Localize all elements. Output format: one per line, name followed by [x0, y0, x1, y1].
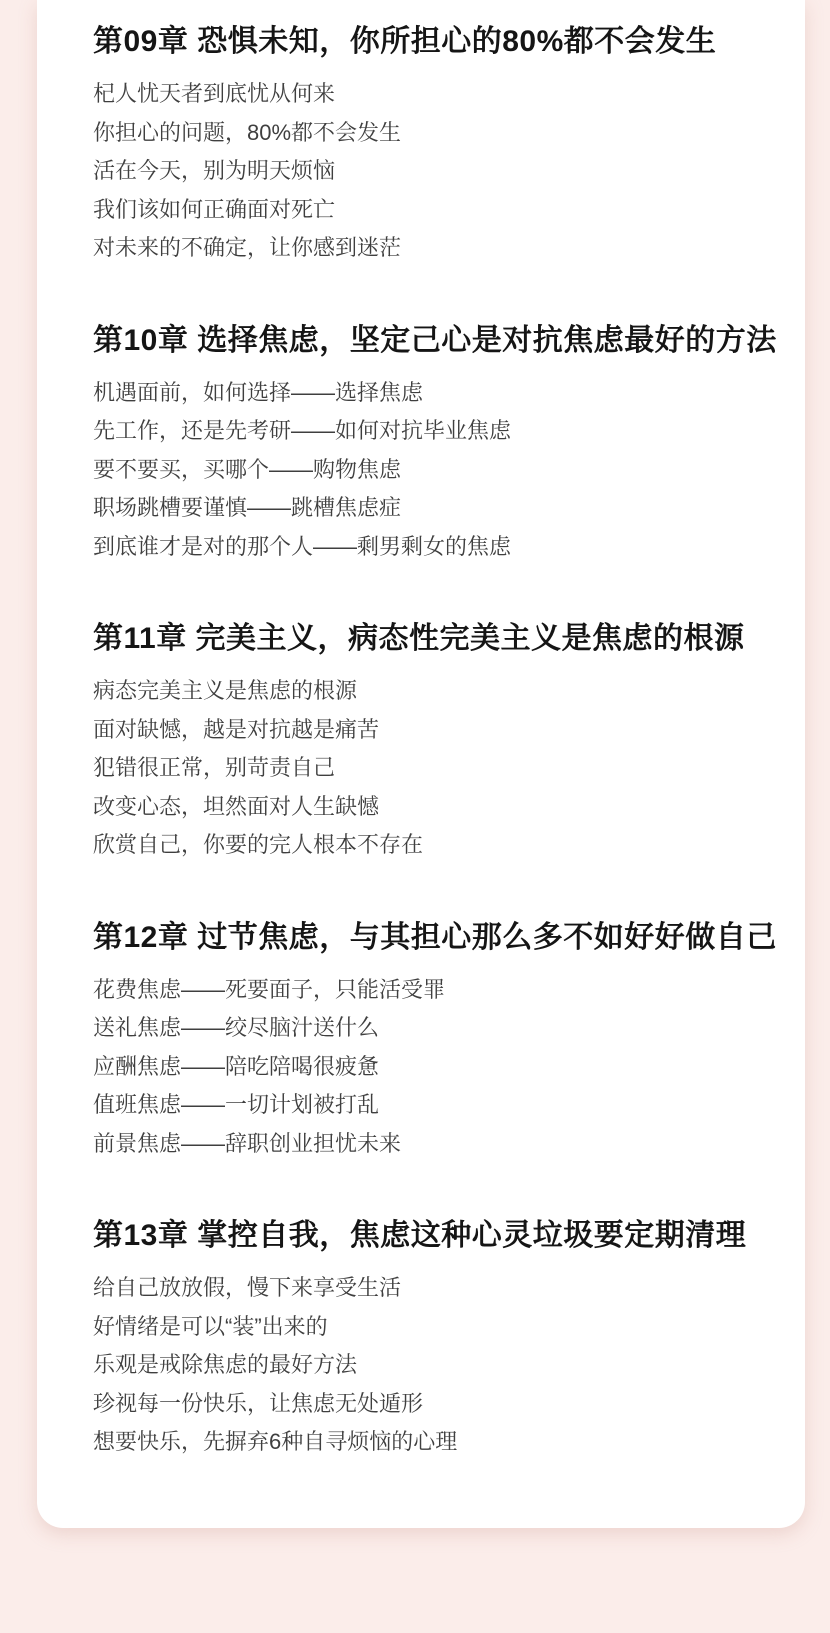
toc-item: 面对缺憾，越是对抗越是痛苦	[93, 711, 749, 750]
toc-item: 对未来的不确定，让你感到迷茫	[93, 229, 749, 268]
chapter-section-10: 第10章 选择焦虑，坚定己心是对抗焦虑最好的方法 机遇面前，如何选择——选择焦虑…	[93, 324, 749, 567]
toc-item: 杞人忧天者到底忧从何来	[93, 75, 749, 114]
toc-item: 欣赏自己，你要的完人根本不存在	[93, 826, 749, 865]
toc-item: 要不要买，买哪个——购物焦虑	[93, 451, 749, 490]
toc-item: 好情绪是可以“装”出来的	[93, 1308, 749, 1347]
toc-item: 送礼焦虑——绞尽脑汁送什么	[93, 1009, 749, 1048]
toc-card: 第09章 恐惧未知，你所担心的80%都不会发生 杞人忧天者到底忧从何来 你担心的…	[37, 0, 805, 1528]
chapter-section-13: 第13章 掌控自我，焦虑这种心灵垃圾要定期清理 给自己放放假，慢下来享受生活 好…	[93, 1219, 749, 1462]
chapter-section-09: 第09章 恐惧未知，你所担心的80%都不会发生 杞人忧天者到底忧从何来 你担心的…	[93, 25, 749, 268]
chapter-item-list: 杞人忧天者到底忧从何来 你担心的问题，80%都不会发生 活在今天，别为明天烦恼 …	[93, 75, 749, 268]
toc-item: 犯错很正常，别苛责自己	[93, 749, 749, 788]
toc-item: 珍视每一份快乐，让焦虑无处遁形	[93, 1385, 749, 1424]
book-detail-page: 第09章 恐惧未知，你所担心的80%都不会发生 杞人忧天者到底忧从何来 你担心的…	[0, 0, 830, 1633]
toc-item: 值班焦虑——一切计划被打乱	[93, 1086, 749, 1125]
toc-item: 应酬焦虑——陪吃陪喝很疲惫	[93, 1048, 749, 1087]
chapter-heading: 第10章 选择焦虑，坚定己心是对抗焦虑最好的方法	[93, 324, 749, 357]
chapter-item-list: 给自己放放假，慢下来享受生活 好情绪是可以“装”出来的 乐观是戒除焦虑的最好方法…	[93, 1269, 749, 1462]
toc-item: 活在今天，别为明天烦恼	[93, 152, 749, 191]
toc-item: 前景焦虑——辞职创业担忧未来	[93, 1125, 749, 1164]
chapter-heading: 第13章 掌控自我，焦虑这种心灵垃圾要定期清理	[93, 1219, 749, 1252]
toc-item: 我们该如何正确面对死亡	[93, 191, 749, 230]
toc-item: 改变心态，坦然面对人生缺憾	[93, 788, 749, 827]
toc-item: 到底谁才是对的那个人——剩男剩女的焦虑	[93, 528, 749, 567]
toc-item: 机遇面前，如何选择——选择焦虑	[93, 374, 749, 413]
toc-item: 先工作，还是先考研——如何对抗毕业焦虑	[93, 412, 749, 451]
toc-item: 乐观是戒除焦虑的最好方法	[93, 1346, 749, 1385]
chapter-item-list: 花费焦虑——死要面子，只能活受罪 送礼焦虑——绞尽脑汁送什么 应酬焦虑——陪吃陪…	[93, 971, 749, 1164]
toc-item: 你担心的问题，80%都不会发生	[93, 114, 749, 153]
toc-item: 花费焦虑——死要面子，只能活受罪	[93, 971, 749, 1010]
toc-item: 职场跳槽要谨慎——跳槽焦虑症	[93, 489, 749, 528]
chapter-section-11: 第11章 完美主义，病态性完美主义是焦虑的根源 病态完美主义是焦虑的根源 面对缺…	[93, 622, 749, 865]
chapter-heading: 第12章 过节焦虑，与其担心那么多不如好好做自己	[93, 921, 749, 954]
toc-item: 给自己放放假，慢下来享受生活	[93, 1269, 749, 1308]
chapter-item-list: 病态完美主义是焦虑的根源 面对缺憾，越是对抗越是痛苦 犯错很正常，别苛责自己 改…	[93, 672, 749, 865]
toc-item: 想要快乐，先摒弃6种自寻烦恼的心理	[93, 1423, 749, 1462]
chapter-heading: 第11章 完美主义，病态性完美主义是焦虑的根源	[93, 622, 749, 655]
chapter-heading: 第09章 恐惧未知，你所担心的80%都不会发生	[93, 25, 749, 58]
chapter-item-list: 机遇面前，如何选择——选择焦虑 先工作，还是先考研——如何对抗毕业焦虑 要不要买…	[93, 374, 749, 567]
chapter-section-12: 第12章 过节焦虑，与其担心那么多不如好好做自己 花费焦虑——死要面子，只能活受…	[93, 921, 749, 1164]
toc-item: 病态完美主义是焦虑的根源	[93, 672, 749, 711]
